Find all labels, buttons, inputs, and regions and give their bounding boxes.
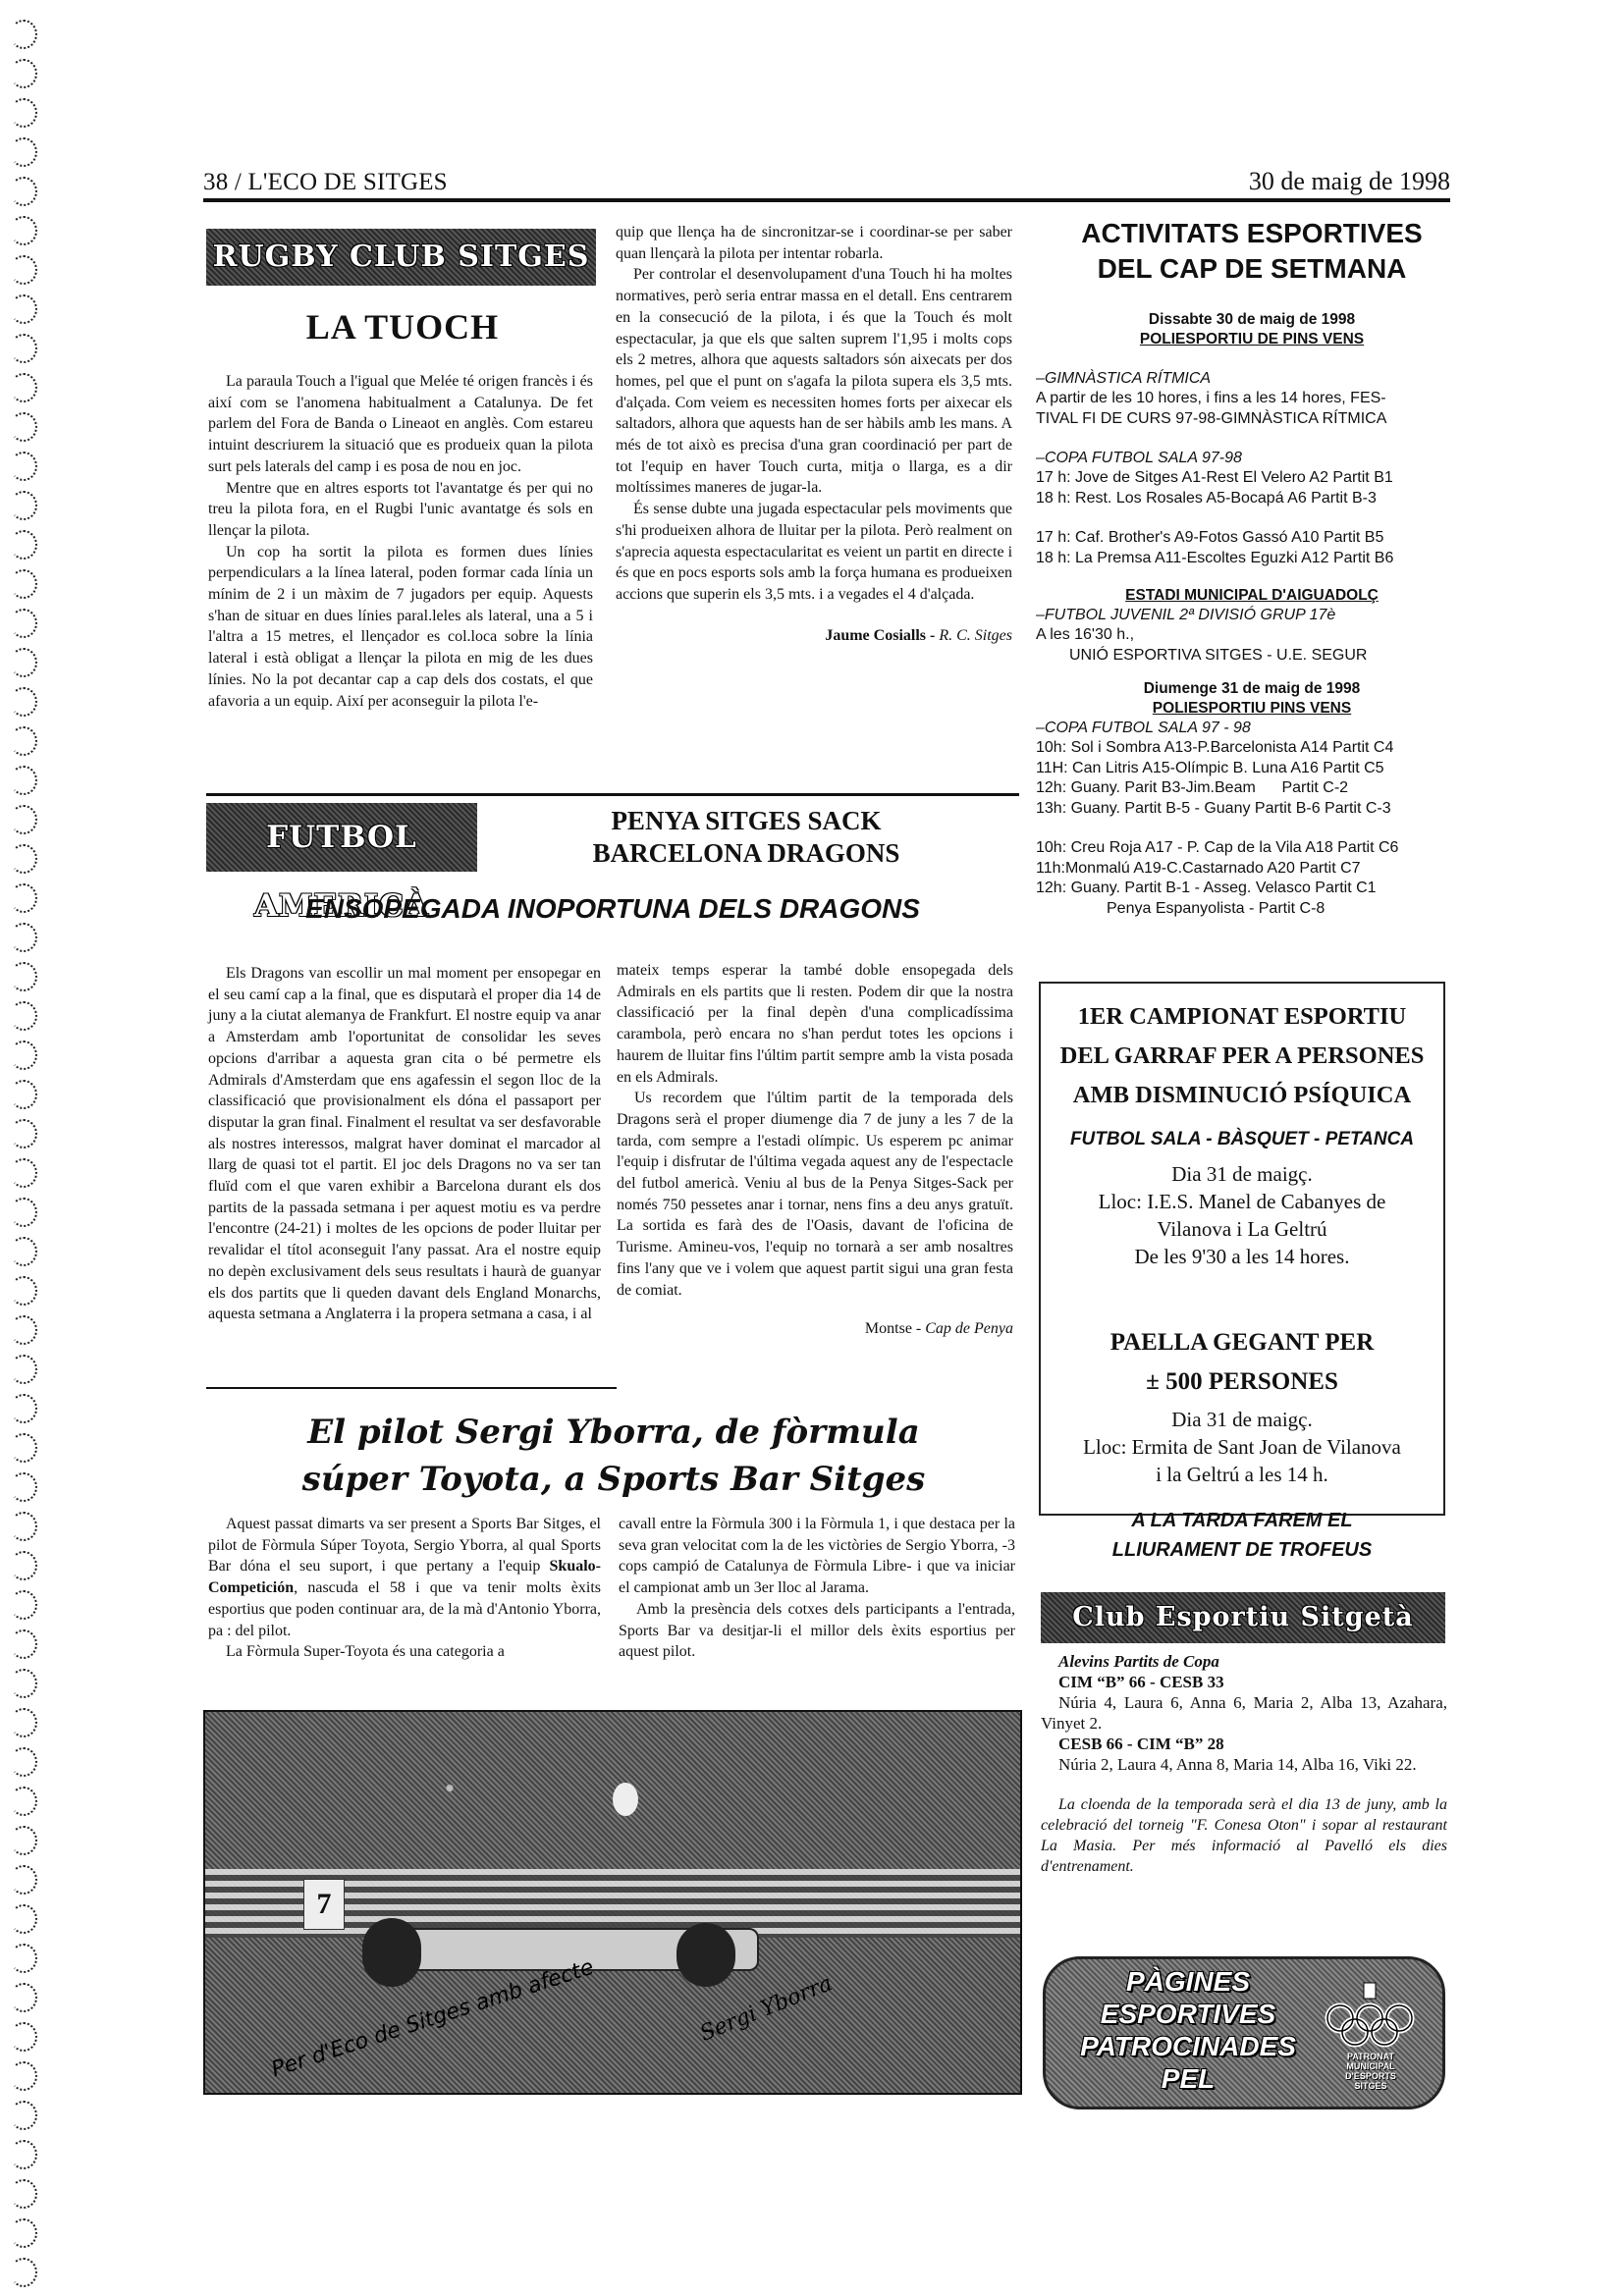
binding-hole-icon [10, 1669, 37, 1698]
sponsor-line: ESPORTIVES [1046, 1998, 1330, 2030]
rugby-title: LA TUOCH [206, 306, 599, 347]
match-line: 18 h: Rest. Los Rosales A5-Bocapá A6 Par… [1036, 489, 1468, 509]
scorers: Núria 4, Laura 6, Anna 6, Maria 2, Alba … [1041, 1692, 1447, 1734]
binding-hole-icon [10, 1158, 37, 1188]
text-run: Aquest passat dimarts va ser present a S… [208, 1516, 601, 1575]
binding-hole-icon [10, 1472, 37, 1502]
club-banner-text: Club Esportiu Sitgetà [1072, 1602, 1414, 1632]
car-number: 7 [303, 1879, 345, 1930]
binding-hole-icon [10, 1041, 37, 1070]
binding-hole-icon [10, 726, 37, 756]
championship-title: 1ER CAMPIONAT ESPORTIU [1041, 997, 1443, 1037]
championship-title: AMB DISMINUCIÓ PSÍQUICA [1041, 1076, 1443, 1115]
rugby-paragraph: Per controlar el desenvolupament d'una T… [616, 264, 1012, 499]
match-line: 11h:Monmalú A19-C.Castarnado A20 Partit … [1036, 859, 1468, 880]
logo-line: SITGES [1336, 2081, 1405, 2091]
gym-section: –GIMNÀSTICA RÍTMICA [1036, 369, 1468, 389]
binding-hole-icon [10, 1394, 37, 1423]
binding-hole-icon [10, 1433, 37, 1463]
championship-info: Lloc: I.E.S. Manel de Cabanyes de [1041, 1188, 1443, 1215]
match-line: Penya Espanyolista - Partit C-8 [1036, 899, 1468, 920]
paella-info: i la Geltrú a les 14 h. [1041, 1461, 1443, 1488]
paella-box: PAELLA GEGANT PER ± 500 PERSONES Dia 31 … [1039, 1249, 1445, 1516]
binding-hole-icon [10, 452, 37, 481]
binding-hole-icon [10, 1708, 37, 1737]
match-line: 13h: Guany. Partit B-5 - Guany Partit B-… [1036, 799, 1468, 820]
logo-line: MUNICIPAL [1336, 2061, 1405, 2071]
football-paragraph: Els Dragons van escollir un mal moment p… [208, 963, 601, 1325]
binding-hole-icon [10, 59, 37, 88]
binding-hole-icon [10, 1904, 37, 1934]
pilot-paragraph: Aquest passat dimarts va ser present a S… [208, 1514, 601, 1641]
binding-hole-icon [10, 2101, 37, 2130]
race-car-photo: 7 Per d'Eco de Sitges amb afecte Sergi Y… [203, 1710, 1022, 2095]
pilot-col-2: cavall entre la Fòrmula 300 i la Fòrmula… [619, 1514, 1015, 1663]
rugby-paragraph: És sense dubte una jugada espectacular p… [616, 499, 1012, 606]
club-subtitle: Alevins Partits de Copa [1041, 1651, 1447, 1672]
headline-line: súper Toyota, a Sports Bar Sitges [206, 1456, 1021, 1503]
stadium-venue: ESTADI MUNICIPAL D'AIGUADOLÇ [1036, 586, 1468, 606]
juvenil-time: A les 16'30 h., [1036, 625, 1468, 646]
weekend-activities: ACTIVITATS ESPORTIVES DEL CAP DE SETMANA… [1036, 216, 1468, 919]
sponsor-badge: PÀGINES ESPORTIVES PATROCINADES PEL PATR… [1043, 1956, 1445, 2109]
match-line: 17 h: Caf. Brother's A9-Fotos Gassó A10 … [1036, 528, 1468, 549]
sponsor-line: PEL [1046, 2062, 1330, 2095]
match-line: 12h: Guany. Parit B3-Jim.Beam Partit C-2 [1036, 778, 1468, 799]
rugby-banner-text: RUGBY CLUB SITGES [213, 240, 590, 274]
match-result: CESB 66 - CIM “B” 28 [1041, 1734, 1447, 1754]
championship-box: 1ER CAMPIONAT ESPORTIU DEL GARRAF PER A … [1039, 982, 1445, 1251]
club-banner: Club Esportiu Sitgetà [1041, 1592, 1445, 1643]
author-org: Cap de Penya [925, 1320, 1013, 1337]
issue-date: 30 de maig de 1998 [1249, 167, 1450, 196]
author-org: R. C. Sitges [939, 627, 1012, 644]
match-line: 10h: Sol i Sombra A13-P.Barcelonista A14… [1036, 738, 1468, 759]
championship-info: Vilanova i La Geltrú [1041, 1215, 1443, 1243]
binding-hole-icon [10, 648, 37, 677]
football-byline: Montse - Cap de Penya [617, 1320, 1013, 1338]
football-headline: ENSOPEGADA INOPORTUNA DELS DRAGONS [206, 893, 1019, 925]
binding-hole-icon [10, 1119, 37, 1148]
football-banner: FUTBOL AMERICÀ [206, 803, 477, 872]
olympic-rings-icon [1321, 1981, 1419, 2050]
closing-note: A LA TARDA FAREM EL [1041, 1506, 1443, 1535]
juvenil-match: UNIÓ ESPORTIVA SITGES - U.E. SEGUR [1036, 646, 1468, 667]
binding-hole-icon [10, 98, 37, 128]
binding-hole-icon [10, 2179, 37, 2209]
headline-line: El pilot Sergi Yborra, de fòrmula [206, 1409, 1021, 1456]
page-label: 38 / L'ECO DE SITGES [203, 169, 448, 196]
binding-hole-icon [10, 923, 37, 952]
pilot-paragraph: La Fòrmula Super-Toyota és una categoria… [208, 1641, 601, 1663]
sponsor-line: PÀGINES [1046, 1965, 1330, 1998]
pilot-col-1: Aquest passat dimarts va ser present a S… [208, 1514, 601, 1663]
paella-info: Dia 31 de maigç. [1041, 1406, 1443, 1433]
rugby-paragraph: Mentre que en altres esports tot l'avant… [208, 478, 593, 542]
saturday-venue: POLIESPORTIU DE PINS VENS [1036, 330, 1468, 349]
subtitle-line: PENYA SITGES SACK [481, 805, 1011, 837]
subtitle-line: BARCELONA DRAGONS [481, 837, 1011, 870]
binding-hole-icon [10, 1590, 37, 1620]
paella-title: PAELLA GEGANT PER [1041, 1323, 1443, 1362]
sunday-venue: POLIESPORTIU PINS VENS [1036, 699, 1468, 719]
saturday-date: Dissabte 30 de maig de 1998 [1036, 310, 1468, 330]
binding-hole-icon [10, 491, 37, 520]
pilot-paragraph: cavall entre la Fòrmula 300 i la Fòrmula… [619, 1514, 1015, 1599]
binding-hole-icon [10, 962, 37, 991]
binding-hole-icon [10, 1355, 37, 1384]
binding-hole-icon [10, 255, 37, 285]
paella-title: ± 500 PERSONES [1041, 1362, 1443, 1402]
rugby-paragraph: Un cop ha sortit la pilota es formen due… [208, 542, 593, 713]
football-paragraph: mateix temps esperar la també doble enso… [617, 960, 1013, 1088]
binding-hole-icon [10, 1629, 37, 1659]
match-result: CIM “B” 66 - CESB 33 [1041, 1672, 1447, 1692]
club-results: Alevins Partits de Copa CIM “B” 66 - CES… [1041, 1651, 1447, 1877]
gym-line: A partir de les 10 hores, i fins a les 1… [1036, 389, 1468, 409]
section-divider [206, 793, 1019, 796]
binding-hole-icon [10, 1865, 37, 1895]
sunday-date: Diumenge 31 de maig de 1998 [1036, 679, 1468, 699]
binding-hole-icon [10, 1198, 37, 1227]
binding-hole-icon [10, 883, 37, 913]
rugby-col-2: quip que llença ha de sincronitzar-se i … [616, 222, 1012, 645]
binding-hole-icon [10, 1237, 37, 1266]
binding-hole-icon [10, 1315, 37, 1345]
binding-hole-icon [10, 2258, 37, 2287]
sponsor-text: PÀGINES ESPORTIVES PATROCINADES PEL [1046, 1965, 1330, 2095]
championship-info: Dia 31 de maigç. [1041, 1160, 1443, 1188]
binding-hole-icon [10, 1080, 37, 1109]
binding-hole-icon [10, 687, 37, 717]
binding-hole-icon [10, 766, 37, 795]
author-name: Jaume Cosialls - [825, 627, 939, 644]
logo-line: PATRONAT [1336, 2052, 1405, 2061]
activities-title-2: DEL CAP DE SETMANA [1036, 251, 1468, 287]
binding-hole-icon [10, 1512, 37, 1541]
binding-hole-icon [10, 177, 37, 206]
binding-hole-icon [10, 412, 37, 442]
pilot-paragraph: Amb la presència dels cotxes dels partic… [619, 1599, 1015, 1663]
sponsor-logo-text: PATRONAT MUNICIPAL D'ESPORTS SITGES [1336, 2052, 1405, 2091]
binding-hole-icon [10, 2140, 37, 2169]
match-line: 18 h: La Premsa A11-Escoltes Eguzki A12 … [1036, 549, 1468, 569]
binding-hole-icon [10, 334, 37, 363]
match-line: 11H: Can Litris A15-Olímpic B. Luna A16 … [1036, 759, 1468, 779]
paella-info: Lloc: Ermita de Sant Joan de Vilanova [1041, 1433, 1443, 1461]
football-col-1: Els Dragons van escollir un mal moment p… [208, 963, 601, 1325]
binding-hole-icon [10, 2022, 37, 2052]
binding-hole-icon [10, 805, 37, 834]
binding-hole-icon [10, 1787, 37, 1816]
binding-hole-icon [10, 373, 37, 402]
football-paragraph: Us recordem que l'últim partit de la tem… [617, 1088, 1013, 1301]
sponsor-line: PATROCINADES [1046, 2030, 1330, 2062]
championship-sports: FUTBOL SALA - BÀSQUET - PETANCA [1041, 1129, 1443, 1150]
binding-hole-icon [10, 530, 37, 560]
match-line: 17 h: Jove de Sitges A1-Rest El Velero A… [1036, 468, 1468, 489]
binding-hole-icon [10, 1944, 37, 1973]
binding-hole-icon [10, 137, 37, 167]
binding-hole-icon [10, 1826, 37, 1855]
section-divider [206, 1387, 617, 1389]
gym-line: TIVAL FI DE CURS 97-98-GIMNÀSTICA RÍTMIC… [1036, 409, 1468, 430]
masthead: 38 / L'ECO DE SITGES 30 de maig de 1998 [203, 169, 1450, 202]
sun-glare [613, 1783, 638, 1816]
rugby-banner: RUGBY CLUB SITGES [206, 229, 596, 286]
binding-hole-icon [10, 844, 37, 874]
rugby-byline: Jaume Cosialls - R. C. Sitges [616, 627, 1012, 645]
binding-hole-icon [10, 609, 37, 638]
rugby-paragraph: La paraula Touch a l'igual que Melée té … [208, 371, 593, 478]
author-name: Montse - [865, 1320, 925, 1337]
football-col-2: mateix temps esperar la també doble enso… [617, 960, 1013, 1338]
pilot-headline: El pilot Sergi Yborra, de fòrmula súper … [206, 1409, 1021, 1503]
juvenil-section: –FUTBOL JUVENIL 2ª DIVISIÓ GRUP 17è [1036, 606, 1468, 625]
binding-hole-icon [10, 1551, 37, 1580]
binding-hole-icon [10, 1747, 37, 1777]
activities-title-1: ACTIVITATS ESPORTIVES [1036, 216, 1468, 251]
binding-hole-icon [10, 2218, 37, 2248]
match-line: 10h: Creu Roja A17 - P. Cap de la Vila A… [1036, 838, 1468, 859]
binding-hole-icon [10, 294, 37, 324]
logo-line: D'ESPORTS [1336, 2071, 1405, 2081]
copa-section: –COPA FUTBOL SALA 97-98 [1036, 449, 1468, 468]
season-closing-note: La cloenda de la temporada serà el dia 1… [1041, 1794, 1447, 1877]
scorers: Núria 2, Laura 4, Anna 8, Maria 14, Alba… [1041, 1754, 1447, 1775]
binding-hole-icon [10, 216, 37, 245]
closing-note: LLIURAMENT DE TROFEUS [1041, 1535, 1443, 1565]
binding-hole-icon [10, 20, 37, 49]
rugby-col-1: La paraula Touch a l'igual que Melée té … [208, 371, 593, 712]
championship-title: DEL GARRAF PER A PERSONES [1041, 1037, 1443, 1076]
binding-hole-icon [10, 2061, 37, 2091]
rugby-paragraph: quip que llença ha de sincronitzar-se i … [616, 222, 1012, 264]
sunday-section: –COPA FUTBOL SALA 97 - 98 [1036, 719, 1468, 738]
binding-hole-icon [10, 1276, 37, 1306]
football-subtitle: PENYA SITGES SACK BARCELONA DRAGONS [481, 805, 1011, 870]
match-line: 12h: Guany. Partit B-1 - Asseg. Velasco … [1036, 879, 1468, 899]
binding-hole-icon [10, 569, 37, 599]
binding-hole-icon [10, 1001, 37, 1031]
binding-holes [0, 0, 59, 2296]
binding-hole-icon [10, 1983, 37, 2012]
